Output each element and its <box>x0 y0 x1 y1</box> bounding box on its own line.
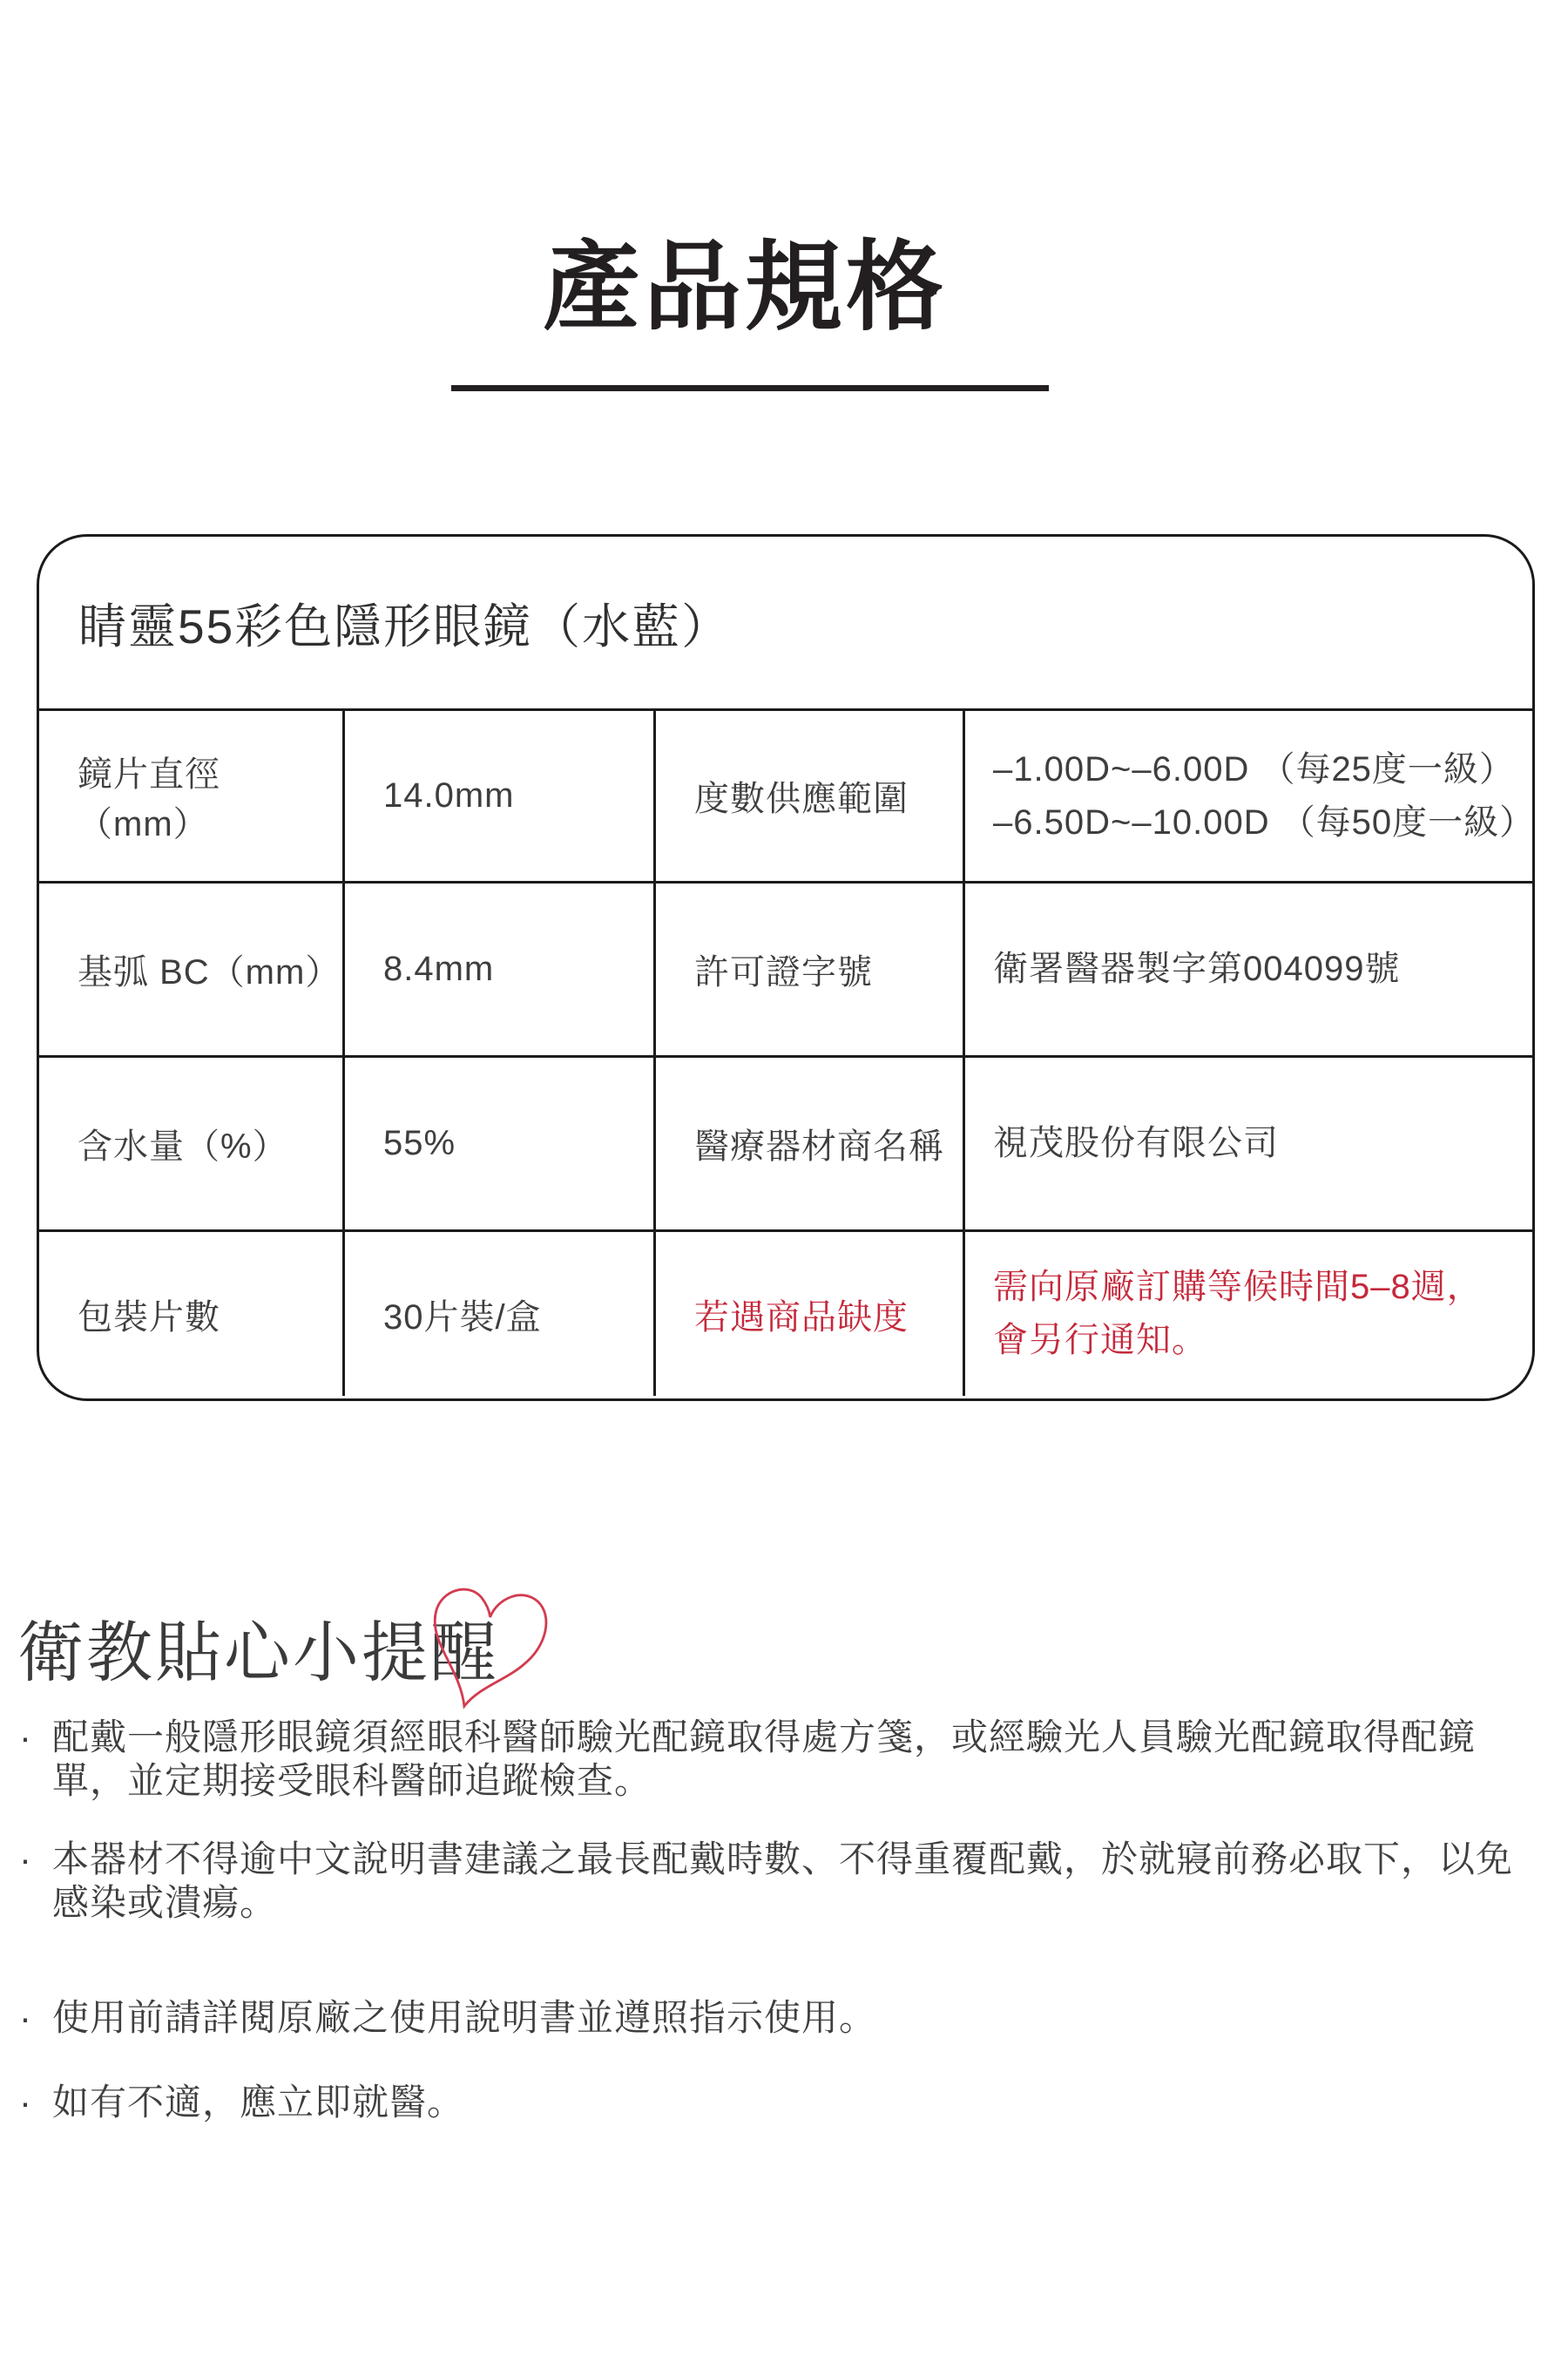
table-row: 包裝片數 30片裝/盒 若遇商品缺度 需向原廠訂購等候時間5–8週， 會另行通知… <box>39 1229 1532 1396</box>
spec-value: 55% <box>345 1058 656 1229</box>
spec-value-line: 會另行通知。 <box>993 1314 1524 1367</box>
care-note-item: ·使用前請詳閱原廠之使用說明書並遵照指示使用。 <box>19 1996 1535 2040</box>
spec-value: –1.00D~–6.00D （每25度一級） –6.50D~–10.00D （每… <box>965 711 1532 881</box>
spec-value: 衛署醫器製字第004099號 <box>965 884 1532 1055</box>
spec-value: 30片裝/盒 <box>345 1232 656 1396</box>
title-underline <box>451 385 1049 391</box>
spec-value: 8.4mm <box>345 884 656 1055</box>
product-spec-page: 產品規格 睛靈55彩色隱形眼鏡（水藍） 鏡片直徑（mm） 14.0mm 度數供應… <box>0 0 1568 2363</box>
care-note-text: 配戴一般隱形眼鏡須經眼科醫師驗光配鏡取得處方箋，或經驗光人員驗光配鏡取得配鏡單，… <box>52 1716 1476 1801</box>
bullet-dot: · <box>19 1716 32 1759</box>
bullet-dot: · <box>19 1838 32 1881</box>
spec-label: 鏡片直徑（mm） <box>39 711 345 881</box>
spec-label: 許可證字號 <box>656 884 965 1055</box>
care-note-item: ·本器材不得逾中文說明書建議之最長配戴時數、不得重覆配戴，於就寢前務必取下，以免… <box>19 1838 1535 1925</box>
spec-value-line: –1.00D~–6.00D （每25度一級） <box>993 743 1524 796</box>
bullet-dot: · <box>19 1996 32 2040</box>
spec-value-line: 衛署醫器製字第004099號 <box>993 943 1524 996</box>
spec-value-line: –6.50D~–10.00D （每50度一級） <box>993 796 1524 850</box>
care-note-item: ·配戴一般隱形眼鏡須經眼科醫師驗光配鏡取得處方箋，或經驗光人員驗光配鏡取得配鏡單… <box>19 1716 1535 1803</box>
care-note-item: ·如有不適，應立即就醫。 <box>19 2081 1535 2124</box>
spec-value: 14.0mm <box>345 711 656 881</box>
spec-value-line: 需向原廠訂購等候時間5–8週， <box>993 1261 1524 1314</box>
table-row: 含水量（%） 55% 醫療器材商名稱 視茂股份有限公司 <box>39 1055 1532 1229</box>
spec-value: 視茂股份有限公司 <box>965 1058 1532 1229</box>
care-note-text: 使用前請詳閱原廠之使用說明書並遵照指示使用。 <box>52 1997 876 2038</box>
heart-outline <box>425 1585 548 1715</box>
spec-value-line: 視茂股份有限公司 <box>993 1117 1524 1170</box>
shortage-notice-value: 需向原廠訂購等候時間5–8週， 會另行通知。 <box>965 1232 1532 1396</box>
product-name-header: 睛靈55彩色隱形眼鏡（水藍） <box>39 537 1532 708</box>
table-row: 基弧 BC（mm） 8.4mm 許可證字號 衛署醫器製字第004099號 <box>39 881 1532 1055</box>
spec-label: 包裝片數 <box>39 1232 345 1396</box>
care-note-text: 本器材不得逾中文說明書建議之最長配戴時數、不得重覆配戴，於就寢前務必取下，以免感… <box>52 1838 1513 1923</box>
spec-label: 含水量（%） <box>39 1058 345 1229</box>
heart-icon <box>424 1577 548 1723</box>
bullet-dot: · <box>19 2081 32 2124</box>
spec-label: 度數供應範圍 <box>656 711 965 881</box>
spec-label: 基弧 BC（mm） <box>39 884 345 1055</box>
page-title: 產品規格 <box>543 209 947 349</box>
table-row: 鏡片直徑（mm） 14.0mm 度數供應範圍 –1.00D~–6.00D （每2… <box>39 708 1532 881</box>
spec-label: 醫療器材商名稱 <box>656 1058 965 1229</box>
care-note-text: 如有不適，應立即就醫。 <box>52 2082 464 2123</box>
spec-table: 睛靈55彩色隱形眼鏡（水藍） 鏡片直徑（mm） 14.0mm 度數供應範圍 –1… <box>37 534 1535 1401</box>
shortage-notice-label: 若遇商品缺度 <box>656 1232 965 1396</box>
